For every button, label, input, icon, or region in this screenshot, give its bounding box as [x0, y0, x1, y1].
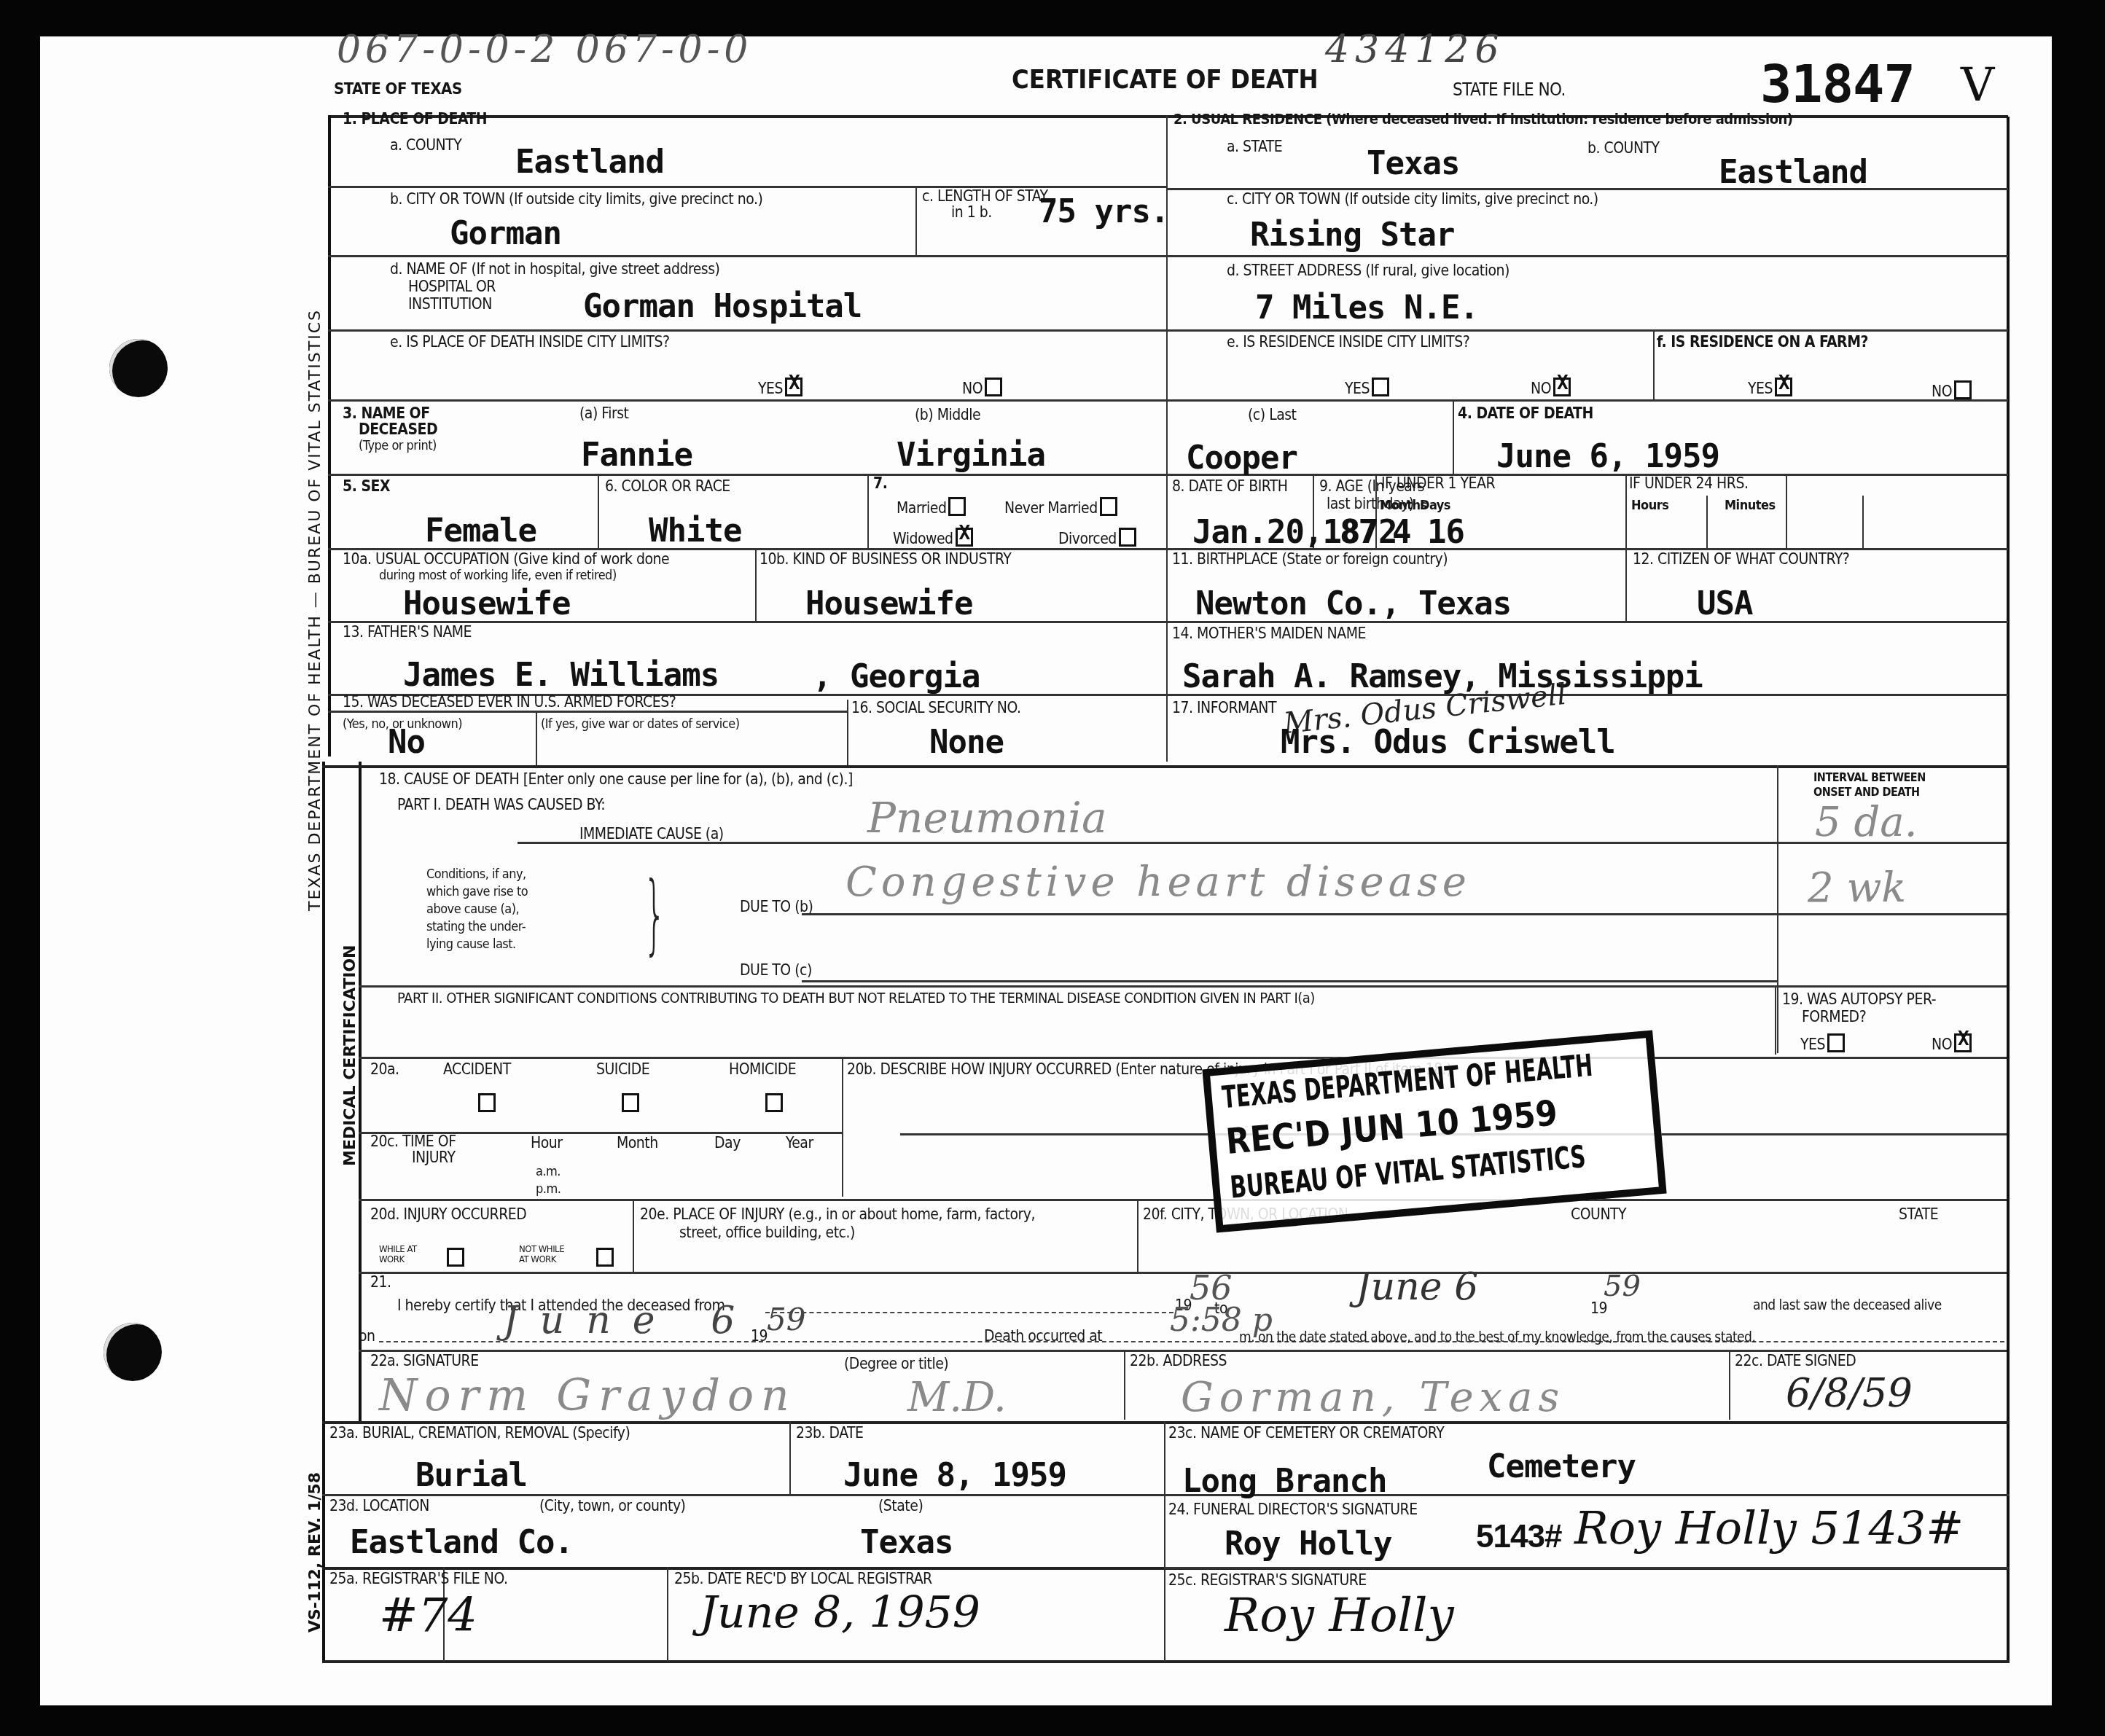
death-inside-limits-no[interactable]: NO [962, 378, 1002, 396]
rule [328, 399, 2008, 402]
accident-checkbox[interactable] [476, 1093, 496, 1112]
death-inside-limits-yes[interactable]: YES [758, 378, 802, 396]
burial-label: 23a. BURIAL, CREMATION, REMOVAL (Specify… [329, 1425, 630, 1441]
residence-county-value: Eastland [1719, 156, 1867, 189]
sex-label: 5. SEX [343, 478, 390, 494]
bracket-icon: } [644, 871, 666, 958]
divider [1137, 1199, 1139, 1272]
occupation-label-2: during most of working life, even if ret… [379, 568, 617, 582]
farm-no[interactable]: NO [1932, 380, 1972, 399]
no-label: NO [1531, 380, 1551, 397]
rule [328, 329, 2008, 332]
year-label: Year [786, 1135, 813, 1151]
father-origin-value: , Georgia [813, 660, 980, 694]
citizen-value: USA [1697, 587, 1752, 621]
interval-label: INTERVAL BETWEEN [1813, 771, 1926, 783]
divider [915, 186, 917, 255]
rule [802, 913, 1777, 915]
birthplace-label: 11. BIRTHPLACE (State or foreign country… [1172, 551, 1448, 567]
last-name-label: (c) Last [1248, 407, 1296, 423]
divider [1653, 329, 1655, 399]
middle-name-value: Virginia [897, 439, 1045, 472]
state-label: a. STATE [1227, 138, 1282, 155]
rule [359, 1272, 2007, 1274]
place-of-injury-label: 20e. PLACE OF INJURY (e.g., in or about … [640, 1206, 1035, 1222]
days-value: 16 [1427, 516, 1464, 550]
checkbox-checked[interactable] [956, 528, 973, 547]
death-county-value: Eastland [515, 146, 664, 179]
last-name-value: Cooper [1186, 442, 1297, 475]
on-label: on [359, 1328, 375, 1344]
place-of-injury-label-2: street, office building, etc.) [679, 1224, 855, 1240]
divider [847, 700, 848, 765]
divider [633, 1199, 634, 1272]
checkbox[interactable] [447, 1248, 464, 1267]
farm-yes[interactable]: YES [1748, 378, 1792, 396]
not-while-at-work-checkbox[interactable] [594, 1248, 614, 1267]
divider [1164, 1421, 1165, 1662]
county-label: b. COUNTY [1587, 140, 1660, 156]
checkbox[interactable] [1372, 378, 1389, 396]
attended-to-date: June 6 [1356, 1265, 1478, 1309]
death-city-value: Gorman [450, 217, 561, 251]
degree-value: M.D. [907, 1374, 1007, 1421]
marital-married[interactable]: Married [897, 497, 966, 516]
date-of-death-value: June 6, 1959 [1496, 440, 1719, 474]
date-of-death-label: 4. DATE OF DEATH [1458, 405, 1593, 421]
option-label: Widowed [893, 530, 953, 547]
while-at-work-checkbox[interactable] [445, 1248, 464, 1267]
note-line: which gave rise to [426, 885, 528, 899]
label-21: 21. [370, 1274, 391, 1290]
divider [598, 474, 599, 548]
form-bottom-border [322, 1660, 2010, 1663]
fill-line [765, 1312, 1173, 1313]
business-label: 10b. KIND OF BUSINESS OR INDUSTRY [759, 551, 1011, 567]
cemetery-suffix-value: Cemetery [1487, 1450, 1636, 1484]
rule [328, 474, 2008, 476]
rule [322, 1494, 2010, 1496]
medical-certification-side-text: MEDICAL CERTIFICATION [341, 945, 359, 1166]
mother-label: 14. MOTHER'S MAIDEN NAME [1172, 625, 1366, 641]
residence-state-value: Texas [1367, 147, 1459, 181]
divider [842, 1057, 843, 1197]
homicide-checkbox[interactable] [763, 1093, 783, 1112]
injury-occurred-label: 20d. INJURY OCCURRED [370, 1206, 526, 1222]
inside-limits-label: e. IS PLACE OF DEATH INSIDE CITY LIMITS? [390, 334, 670, 350]
part1-label: PART I. DEATH WAS CAUSED BY: [397, 797, 605, 813]
hospital-label-2: HOSPITAL OR [408, 278, 496, 294]
divider [1625, 474, 1627, 621]
hospital-value: Gorman Hospital [583, 290, 862, 324]
burial-value: Burial [415, 1459, 527, 1493]
farm-label: f. IS RESIDENCE ON A FARM? [1657, 334, 1868, 350]
length-of-stay-label: c. LENGTH OF STAY [922, 188, 1048, 204]
time-of-injury-label-2: INJURY [412, 1149, 455, 1165]
rule [328, 711, 847, 713]
occupation-value: Housewife [403, 587, 570, 621]
handwritten-code-right: 434126 [1325, 28, 1505, 71]
street-address-label: d. STREET ADDRESS (If rural, give locati… [1227, 262, 1510, 278]
father-label: 13. FATHER'S NAME [343, 624, 472, 640]
autopsy-no[interactable]: NO [1932, 1033, 1972, 1052]
first-name-label: (a) First [579, 405, 628, 421]
marital-widowed[interactable]: Widowed [893, 528, 973, 547]
registrar-file-value: #74 [379, 1589, 477, 1643]
rule [1777, 913, 2007, 915]
residence-street-value: 7 Miles N.E. [1255, 292, 1478, 325]
not-while-at-work-label: NOT WHILE [519, 1245, 564, 1254]
checkbox[interactable] [1119, 528, 1136, 547]
immediate-cause-value: Pneumonia [867, 793, 1106, 842]
divider [1777, 765, 1778, 1053]
informant-label: 17. INFORMANT [1172, 700, 1276, 716]
year-prefix: 19 [751, 1328, 768, 1344]
while-at-work-label: WHILE AT [379, 1245, 417, 1254]
yes-label: YES [758, 380, 783, 397]
attended-to-year: 59 [1604, 1270, 1641, 1303]
length-of-stay-sublabel: in 1 b. [951, 204, 992, 220]
race-label: 6. COLOR OR RACE [605, 478, 730, 494]
month-label: Month [617, 1135, 658, 1151]
injury-state-label: STATE [1899, 1206, 1938, 1222]
part2-label: PART II. OTHER SIGNIFICANT CONDITIONS CO… [397, 990, 1315, 1006]
state-label: STATE OF TEXAS [334, 82, 462, 98]
location-city-value: Eastland Co. [350, 1526, 573, 1560]
hospital-label-3: INSTITUTION [408, 296, 492, 312]
divider [1862, 496, 1864, 548]
note-line: above cause (a), [426, 902, 519, 916]
divider [1453, 399, 1454, 474]
last-seen-date: June 6 [503, 1299, 757, 1342]
armed-forces-value: No [388, 726, 425, 759]
marital-divorced[interactable]: Divorced [1058, 528, 1136, 547]
divider [755, 548, 757, 621]
residence-inside-limits-no[interactable]: NO [1531, 378, 1571, 396]
residence-inside-limits-label: e. IS RESIDENCE INSIDE CITY LIMITS? [1227, 334, 1469, 350]
checkbox[interactable] [478, 1093, 496, 1112]
no-label: NO [1932, 383, 1952, 400]
name-label-3: (Type or print) [359, 439, 437, 453]
location-state-value: Texas [860, 1526, 953, 1560]
checkbox-checked[interactable] [1775, 378, 1792, 396]
marital-label: 7. [873, 475, 887, 491]
occupation-label: 10a. USUAL OCCUPATION (Give kind of work… [343, 551, 669, 567]
autopsy-label-2: FORMED? [1802, 1009, 1866, 1025]
due-to-b-value: Congestive heart disease [845, 859, 1471, 906]
sex-value: Female [425, 515, 536, 548]
checkbox[interactable] [1954, 380, 1972, 399]
city-label: b. CITY OR TOWN (If outside city limits,… [390, 191, 762, 207]
funeral-director-label: 24. FUNERAL DIRECTOR'S SIGNATURE [1168, 1501, 1418, 1517]
form-left-border-lower [322, 762, 325, 1662]
checkbox[interactable] [1827, 1033, 1845, 1052]
pm-label: p.m. [536, 1182, 561, 1196]
note-line: Conditions, if any, [426, 867, 526, 881]
checkbox[interactable] [948, 497, 966, 516]
location-label: 23d. LOCATION [329, 1498, 429, 1514]
under-1-year-label: IF UNDER 1 YEAR [1381, 475, 1495, 491]
location-state-label: (State) [878, 1498, 923, 1514]
ssn-label: 16. SOCIAL SECURITY NO. [851, 700, 1020, 716]
county-label: a. COUNTY [390, 137, 461, 153]
checkbox-checked[interactable] [1954, 1033, 1972, 1052]
father-value: James E. Williams [403, 659, 719, 692]
interval-label-2: ONSET AND DEATH [1813, 786, 1920, 798]
certify-text-2: and last saw the deceased alive [1753, 1297, 1942, 1313]
checkbox[interactable] [985, 378, 1002, 396]
am-label: a.m. [536, 1165, 561, 1178]
time-of-injury-label: 20c. TIME OF [370, 1133, 456, 1149]
ssn-value: None [929, 726, 1004, 759]
no-label: NO [962, 380, 983, 397]
date-received-value: June 8, 1959 [700, 1587, 980, 1638]
armed-war-label: (If yes, give war or dates of service) [541, 717, 740, 731]
rule [359, 1199, 2007, 1201]
death-occurred-label: Death occurred at [984, 1328, 1102, 1344]
label-20a: 20a. [370, 1061, 399, 1077]
cemetery-name-value: Long Branch [1182, 1465, 1386, 1498]
minutes-label: Minutes [1725, 498, 1776, 512]
note-line: stating the under- [426, 920, 526, 934]
marital-never-married[interactable]: Never Married [1004, 497, 1117, 516]
suicide-label: SUICIDE [596, 1061, 649, 1077]
registrar-file-label: 25a. REGISTRAR'S FILE NO. [329, 1571, 507, 1587]
medical-left-border [359, 762, 362, 1421]
autopsy-yes[interactable]: YES [1800, 1033, 1845, 1052]
check-mark: V [1961, 58, 1994, 112]
checkbox[interactable] [596, 1248, 614, 1267]
under-24-hrs-label: IF UNDER 24 HRS. [1629, 475, 1748, 491]
rule [328, 255, 2008, 257]
hospital-label: d. NAME OF (If not in hospital, give str… [390, 261, 719, 277]
form-left-border [328, 115, 331, 756]
race-value: White [649, 515, 741, 548]
date-signed-value: 6/8/59 [1786, 1370, 1913, 1416]
informant-value: Mrs. Odus Criswell [1281, 726, 1615, 759]
checkbox[interactable] [765, 1093, 783, 1112]
degree-label: (Degree or title) [844, 1356, 948, 1372]
homicide-label: HOMICIDE [729, 1061, 796, 1077]
rule [359, 1057, 2007, 1059]
first-name-value: Fannie [581, 439, 692, 472]
business-value: Housewife [805, 587, 972, 621]
funeral-director-signature: Roy Holly 5143# [1574, 1501, 1964, 1555]
due-to-b-label: DUE TO (b) [740, 899, 813, 915]
yes-label: YES [1748, 380, 1773, 397]
months-value: 4 [1392, 516, 1411, 550]
option-label: Never Married [1004, 499, 1098, 517]
physician-signature: Norm Graydon [379, 1370, 797, 1421]
name-label: 3. NAME OF [343, 405, 430, 421]
rule [359, 985, 2007, 988]
citizen-label: 12. CITIZEN OF WHAT COUNTRY? [1633, 551, 1849, 567]
date-signed-label: 22c. DATE SIGNED [1735, 1353, 1856, 1369]
mother-value: Sarah A. Ramsey, Mississippi [1182, 660, 1703, 694]
yes-label: YES [1800, 1036, 1825, 1053]
rule [802, 980, 1777, 982]
divider [536, 711, 537, 765]
birthplace-value: Newton Co., Texas [1195, 587, 1511, 621]
residence-city-value: Rising Star [1250, 219, 1454, 252]
checkbox-checked[interactable] [1553, 378, 1571, 396]
certificate-title: CERTIFICATE OF DEATH [1012, 66, 1319, 95]
rule [1164, 1567, 2008, 1569]
physician-address: Gorman, Texas [1181, 1374, 1565, 1421]
option-label: Married [897, 499, 946, 517]
burial-date-label: 23b. DATE [796, 1425, 863, 1441]
hours-label: Hours [1631, 498, 1668, 512]
checkbox[interactable] [622, 1093, 639, 1112]
note-line: lying cause last. [426, 937, 516, 951]
location-city-label: (City, town, or county) [539, 1498, 685, 1514]
immediate-cause-label: IMMEDIATE CAUSE (a) [579, 826, 724, 842]
usual-residence-label: 2. USUAL RESIDENCE (Where deceased lived… [1173, 111, 1793, 127]
injury-county-label: COUNTY [1571, 1206, 1626, 1222]
interval-a-value: 5 da. [1815, 799, 1917, 846]
divider [1775, 985, 1776, 1055]
middle-name-label: (b) Middle [915, 407, 980, 423]
hour-label: Hour [531, 1135, 563, 1151]
state-file-number: 31847 [1760, 57, 1915, 111]
divider [867, 474, 869, 548]
no-label: NO [1932, 1036, 1952, 1053]
last-seen-year: 59 [767, 1302, 805, 1337]
rule-thick [322, 765, 2010, 768]
days-label: Days [1420, 498, 1450, 512]
address-label: 22b. ADDRESS [1130, 1353, 1227, 1369]
yes-label: YES [1345, 380, 1370, 397]
divider [1124, 1350, 1125, 1420]
registrar-signature: Roy Holly [1225, 1589, 1454, 1643]
checkbox[interactable] [1100, 497, 1117, 516]
day-label: Day [714, 1135, 741, 1151]
residence-inside-limits-yes[interactable]: YES [1345, 378, 1389, 396]
option-label: Divorced [1058, 530, 1117, 547]
divider [1729, 1350, 1730, 1420]
name-label-2: DECEASED [359, 421, 437, 437]
length-of-stay-value: 75 yrs. [1039, 195, 1168, 229]
divider [1706, 496, 1708, 548]
divider [667, 1567, 668, 1662]
armed-forces-label: 15. WAS DECEASED EVER IN U.S. ARMED FORC… [343, 694, 676, 710]
not-while-at-work-label-2: AT WORK [519, 1255, 556, 1264]
divider [789, 1421, 791, 1494]
state-file-label: STATE FILE NO. [1453, 82, 1566, 98]
cemetery-label: 23c. NAME OF CEMETERY OR CREMATORY [1168, 1425, 1444, 1441]
while-at-work-label-2: WORK [379, 1255, 405, 1264]
place-of-death-label: 1. PLACE OF DEATH [343, 111, 487, 127]
autopsy-label: 19. WAS AUTOPSY PER- [1782, 991, 1936, 1007]
suicide-checkbox[interactable] [620, 1093, 639, 1112]
date-received-label: 25b. DATE REC'D BY LOCAL REGISTRAR [674, 1571, 932, 1587]
dob-label: 8. DATE OF BIRTH [1172, 478, 1288, 494]
signature-label: 22a. SIGNATURE [370, 1353, 479, 1369]
registrar-signature-label: 25c. REGISTRAR'S SIGNATURE [1168, 1572, 1367, 1588]
certify-text-3: m. on the date stated above, and to the … [1239, 1329, 1755, 1345]
city-label: c. CITY OR TOWN (If outside city limits,… [1227, 191, 1598, 207]
punch-hole [104, 1323, 162, 1381]
due-to-c-label: DUE TO (c) [740, 962, 812, 978]
interval-b-value: 2 wk [1808, 864, 1906, 912]
accident-label: ACCIDENT [443, 1061, 511, 1077]
burial-date-value: June 8, 1959 [843, 1459, 1066, 1493]
rule [328, 621, 2008, 623]
funeral-license-value: 5143# [1476, 1520, 1561, 1554]
cause-of-death-label: 18. CAUSE OF DEATH [Enter only one cause… [379, 771, 853, 787]
checkbox-checked[interactable] [785, 378, 802, 396]
handwritten-code-left: 067-0-0-2 067-0-0 [337, 28, 752, 71]
age-value: 87 [1340, 516, 1377, 550]
punch-hole [109, 339, 168, 397]
funeral-director-value: Roy Holly [1225, 1528, 1391, 1561]
form-right-border [2007, 117, 2010, 1662]
divider [1786, 474, 1787, 548]
